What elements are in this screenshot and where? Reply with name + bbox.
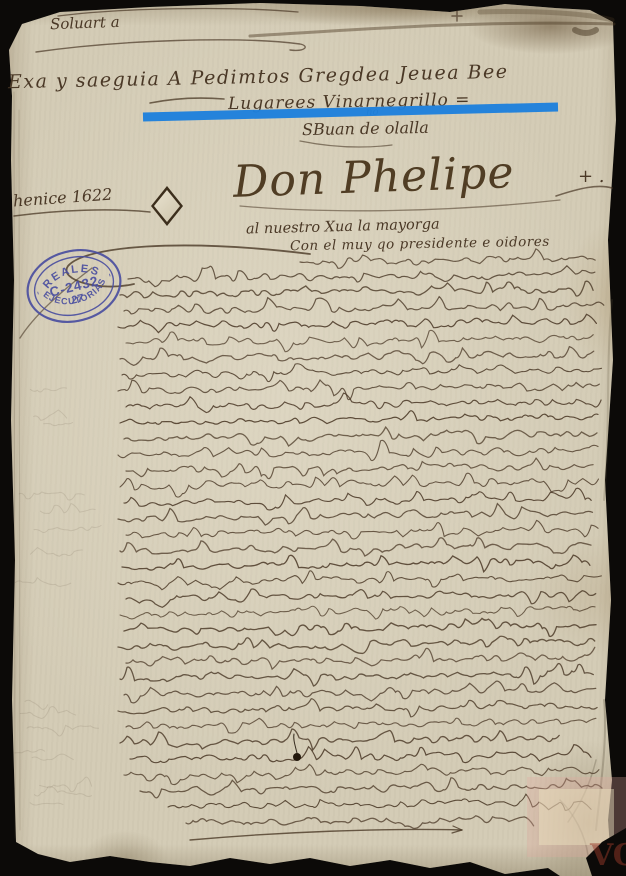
scanned-manuscript-view: Soluart a Exa y saeguia A Pedimtos Gregd… — [0, 0, 626, 876]
digital-watermark-center — [539, 789, 614, 845]
manuscript-paper — [0, 0, 626, 876]
